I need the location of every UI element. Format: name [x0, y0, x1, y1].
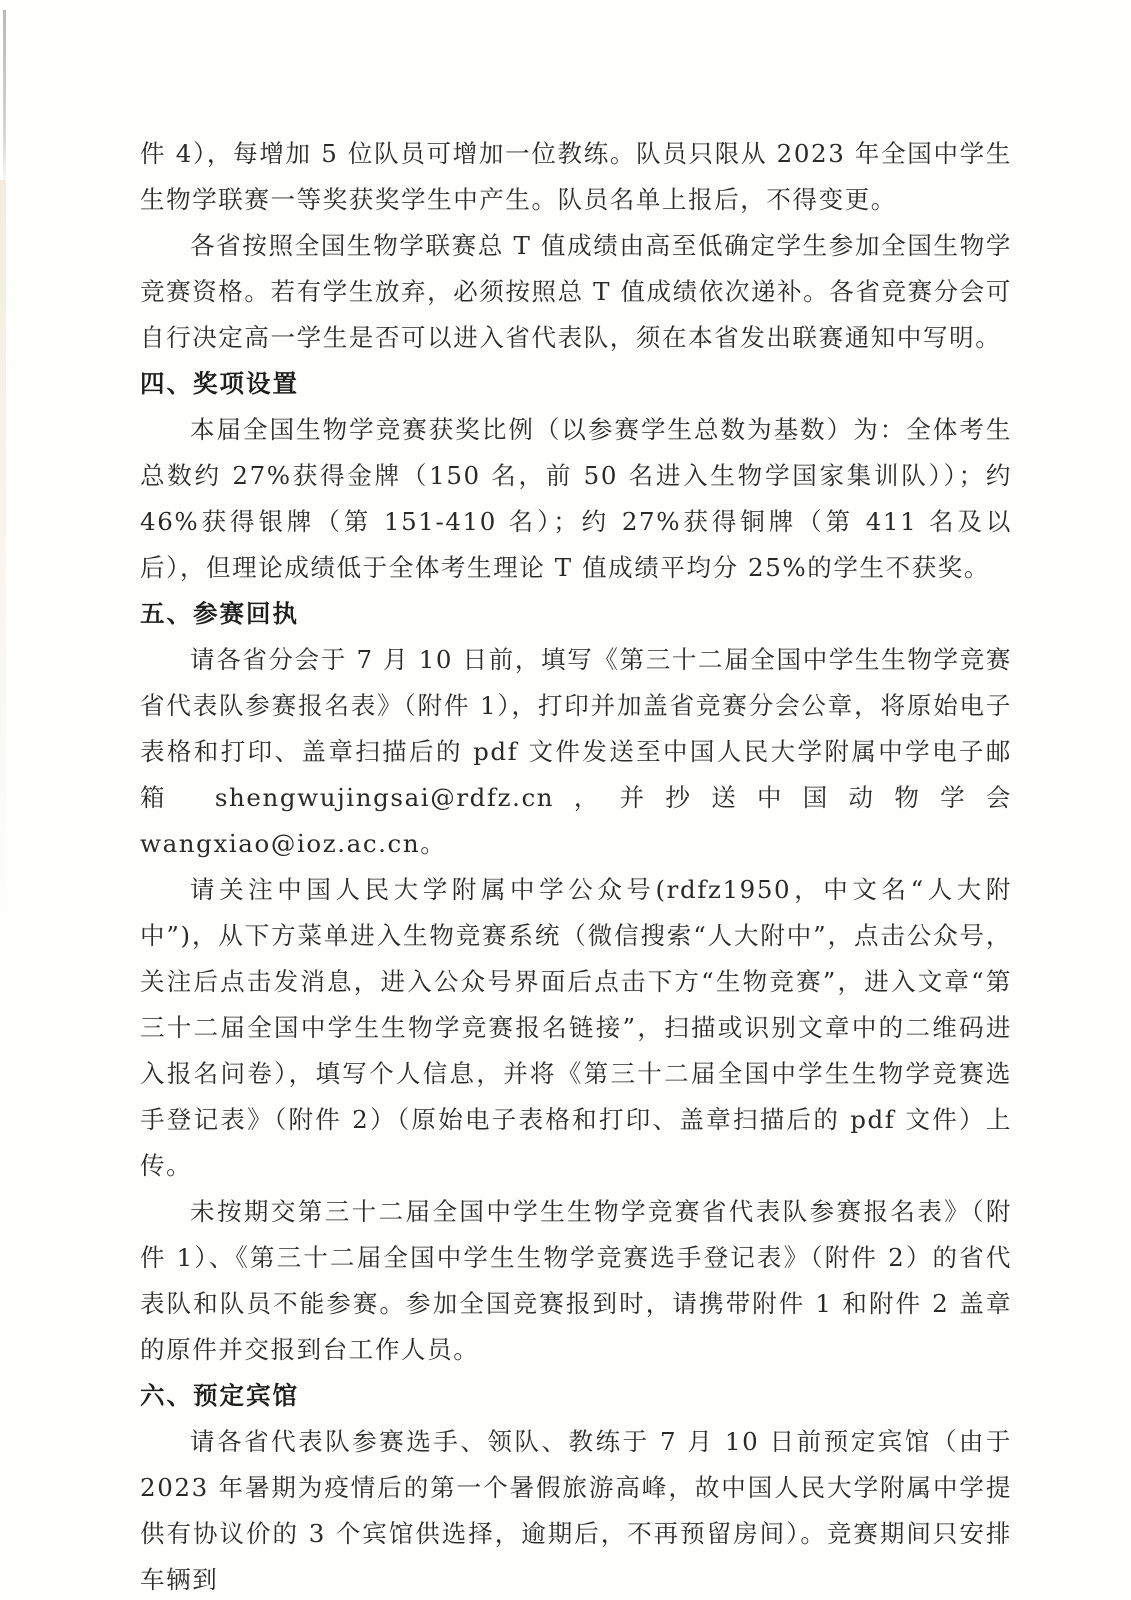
paragraph-hotel-booking: 请各省代表队参赛选手、领队、教练于 7 月 10 日前预定宾馆（由于 2023 …	[140, 1419, 1012, 1600]
document-body: 件 4），每增加 5 位队员可增加一位教练。队员只限从 2023 年全国中学生生…	[140, 131, 1012, 1600]
paragraph-wechat-registration: 请关注中国人民大学附属中学公众号(rdfz1950，中文名“人大附中”)，从下方…	[140, 867, 1012, 1189]
scan-edge-artifact	[3, 10, 6, 190]
paragraph-registration-form: 请各省分会于 7 月 10 日前，填写《第三十二届全国中学生生物学竞赛省代表队参…	[140, 637, 1012, 867]
scan-edge-tint	[0, 180, 6, 940]
paragraph-late-submission: 未按期交第三十二届全国中学生生物学竞赛省代表队参赛报名表》（附件 1）、《第三十…	[140, 1189, 1012, 1373]
section-heading-awards: 四、奖项设置	[140, 361, 1012, 407]
paragraph-qualification: 各省按照全国生物学联赛总 T 值成绩由高至低确定学生参加全国生物学竞赛资格。若有…	[140, 223, 1012, 361]
paragraph-award-ratio: 本届全国生物学竞赛获奖比例（以参赛学生总数为基数）为：全体考生总数约 27%获得…	[140, 407, 1012, 591]
paragraph-team-size: 件 4），每增加 5 位队员可增加一位教练。队员只限从 2023 年全国中学生生…	[140, 131, 1012, 223]
document-page: 件 4），每增加 5 位队员可增加一位教练。队员只限从 2023 年全国中学生生…	[0, 0, 1131, 1600]
section-heading-hotel: 六、预定宾馆	[140, 1373, 1012, 1419]
section-heading-registration: 五、参赛回执	[140, 591, 1012, 637]
